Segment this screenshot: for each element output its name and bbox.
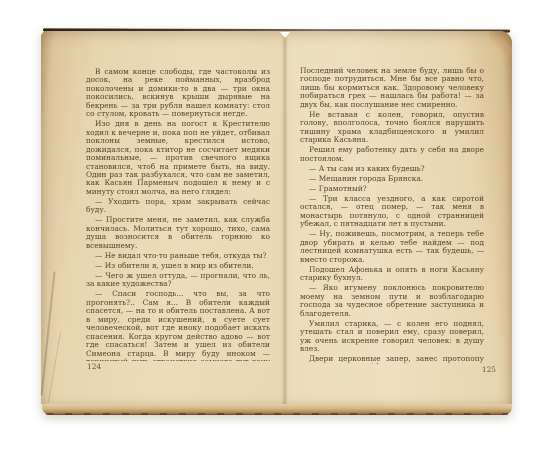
paragraph: Последний человек на земле буду, лишь бы… — [300, 67, 484, 109]
dialogue-line: — Яко игумену поклонюсь покровителю моем… — [300, 284, 484, 318]
right-page-number: 125 — [300, 365, 496, 374]
paragraph: В самом конце слободы, где частоколы из … — [86, 68, 270, 119]
dialogue-line: — Грамотный? — [300, 185, 484, 193]
paragraph: Не вставая с колен, говорил, опустив гол… — [300, 111, 484, 145]
dialogue-line: — А ты сам из каких будешь? — [300, 165, 484, 173]
dialogue-line: — Не видал что-то раньше тебя, откуда ты… — [86, 252, 270, 260]
left-page-number: 124 — [87, 362, 101, 371]
open-book: В самом конце слободы, где частоколы из … — [41, 29, 512, 415]
dialogue-line: — Ну, поживешь, посмотрим, а теперь тебе… — [300, 230, 484, 264]
page-crease — [40, 271, 55, 396]
right-page-text: Последний человек на земле буду, лишь бы… — [300, 67, 484, 364]
book-photo-background: В самом конце слободы, где частоколы из … — [0, 0, 550, 450]
page-crease — [48, 331, 61, 402]
dialogue-line: — Мещанин города Брянска. — [300, 175, 484, 183]
paragraph: Решил ему работенку дать у себя на дворе… — [300, 146, 484, 163]
dialogue-line: — Спаси господь... что вы, за что прогон… — [86, 290, 270, 361]
dialogue-line: — Чего ж ушел оттуда, — прогнали, что ль… — [86, 272, 270, 289]
paragraph: Изо дня в день на погост к Крестителю хо… — [86, 120, 270, 196]
page-corner-fold — [490, 31, 512, 57]
paragraph: Двери церковные запер, занес протопопу к… — [300, 355, 484, 364]
book-gutter — [282, 33, 288, 406]
dialogue-line: — Из обители я, ушел в мир из обители. — [86, 262, 270, 270]
dialogue-line: — Уходить пора, храм закрывать сейчас бу… — [86, 198, 270, 215]
left-page-text: В самом конце слободы, где частоколы из … — [86, 68, 270, 361]
paragraph: Умилил старика, — с колен его поднял, ут… — [300, 320, 484, 354]
paragraph: Подошел Афонька и опять в ноги Касьяну с… — [300, 266, 484, 283]
dialogue-line: — Простите меня, не заметил, как служба … — [86, 216, 270, 250]
gutter-top-notch — [280, 32, 290, 38]
page-stack-bottom-edge — [42, 404, 512, 415]
dialogue-line: — Три класса уездного, а как сиротой ост… — [300, 195, 484, 229]
